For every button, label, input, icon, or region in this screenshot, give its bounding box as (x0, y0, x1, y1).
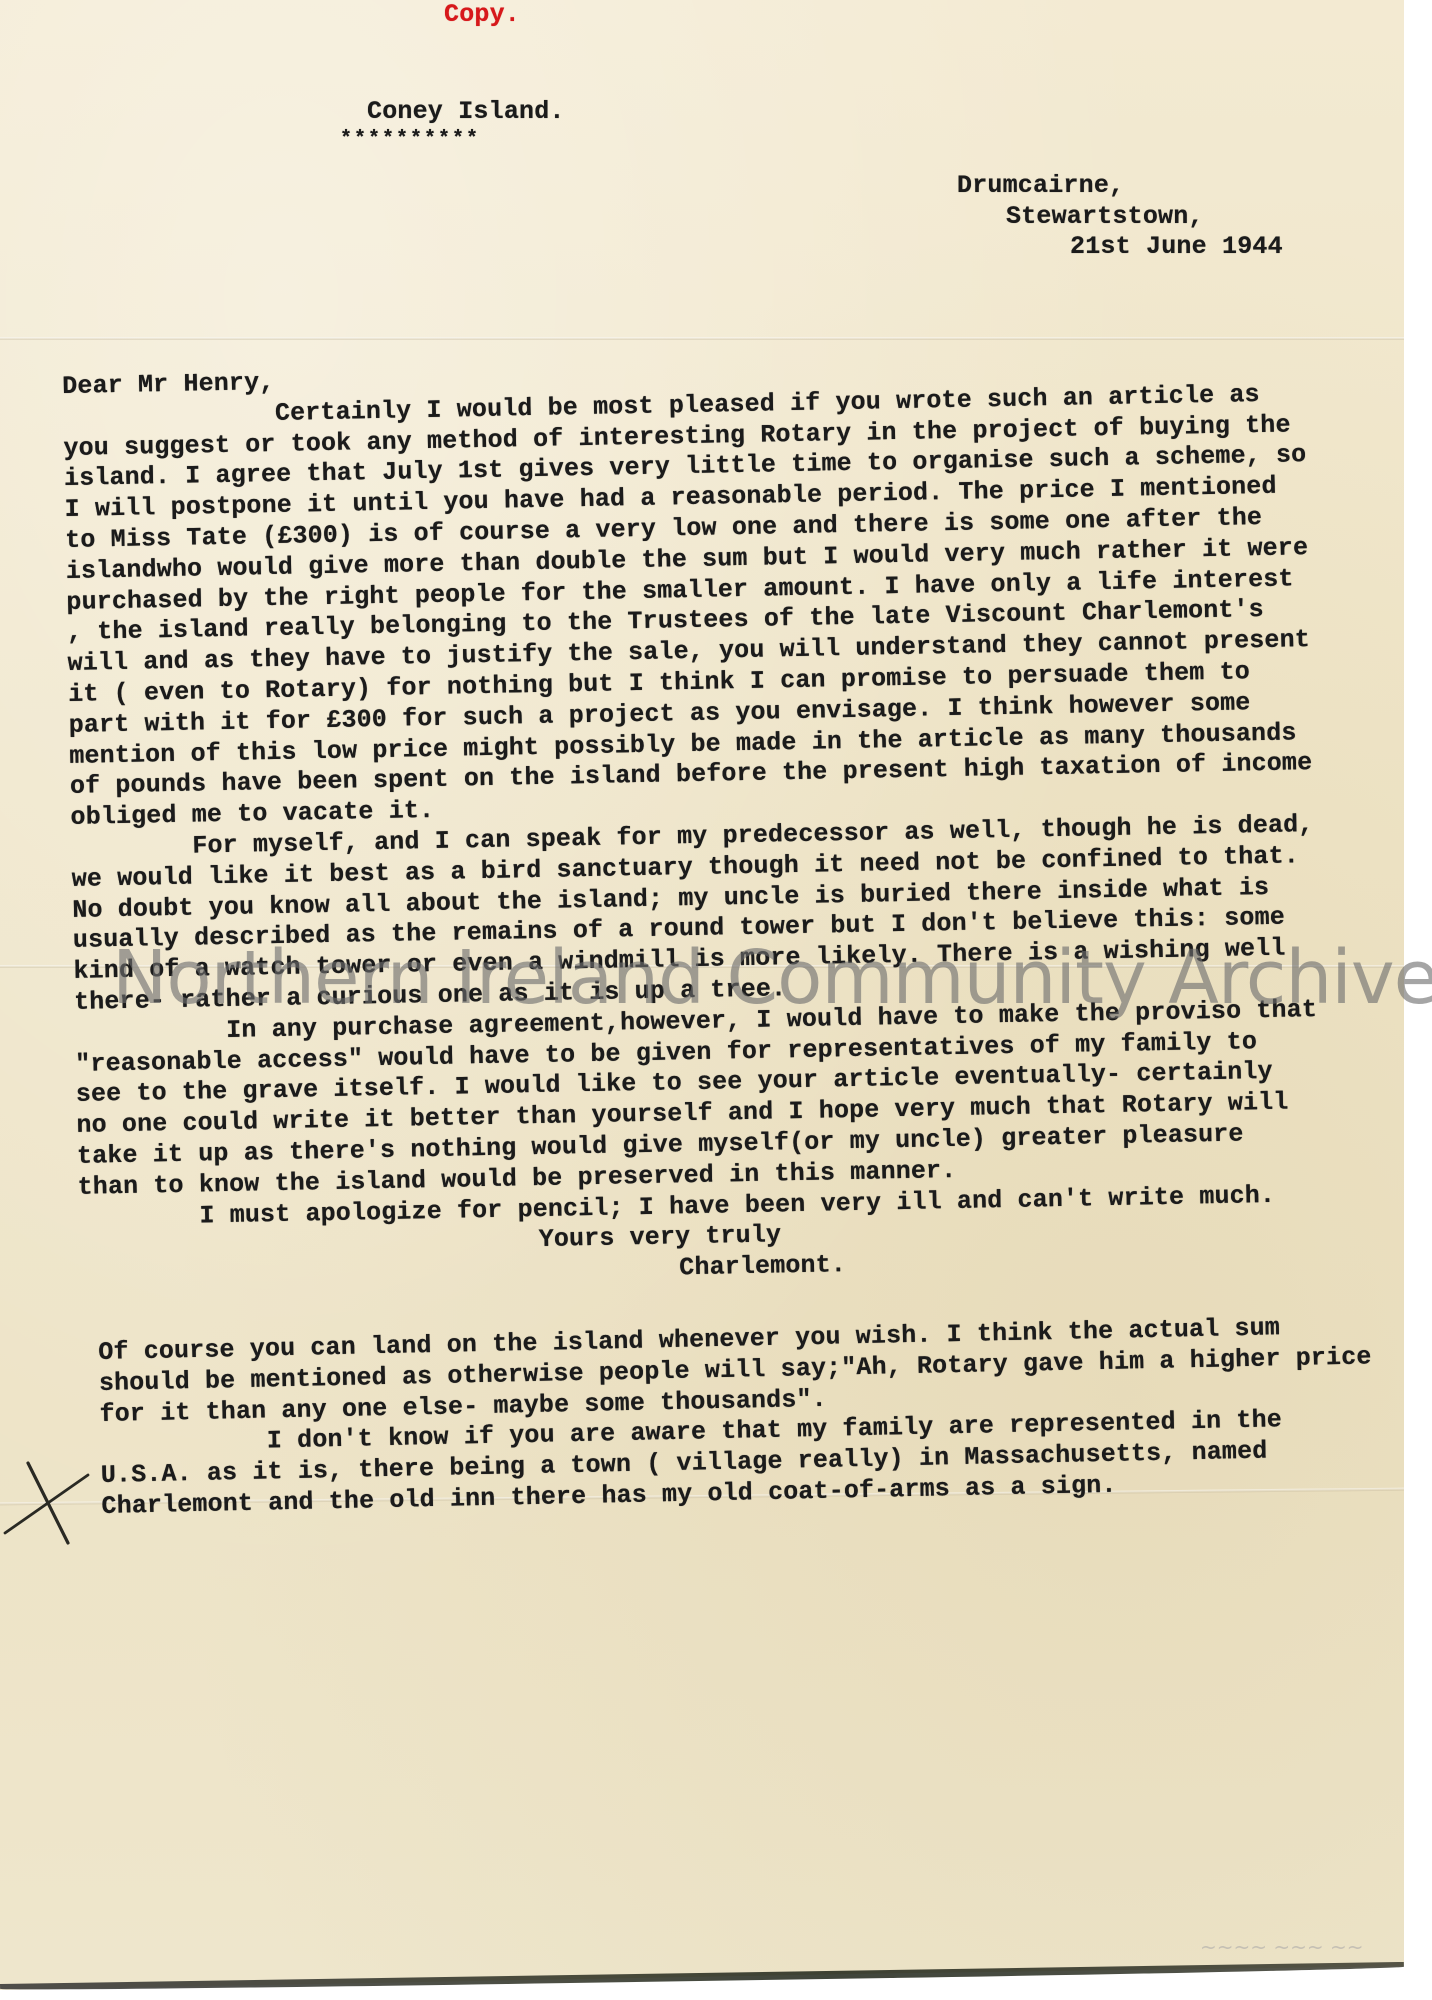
address-line-1: Drumcairne, (957, 171, 1124, 200)
title-underline-asterisks: ********** (340, 128, 480, 151)
margin-x-mark-icon (0, 1455, 100, 1555)
postscript: Of course you can land on the island whe… (98, 1310, 1422, 1522)
document-title: Coney Island. (367, 97, 565, 126)
postscript-lines: Of course you can land on the island whe… (98, 1310, 1422, 1522)
body-paragraphs: Certainly I would be most pleased if you… (63, 377, 1419, 1234)
address-line-2: Stewartstown, (1006, 202, 1204, 231)
paper-fold-line (0, 337, 1404, 340)
copy-label: Copy. (444, 0, 520, 29)
letter-body: Dear Mr Henry, Certainly I would be most… (62, 346, 1419, 1295)
archive-watermark: Northern Ireland Community Archive (112, 935, 1432, 1021)
pencil-archive-note: ~~~~ ~~~ ~~ (1200, 1935, 1364, 1959)
letter-date: 21st June 1944 (1070, 232, 1283, 261)
